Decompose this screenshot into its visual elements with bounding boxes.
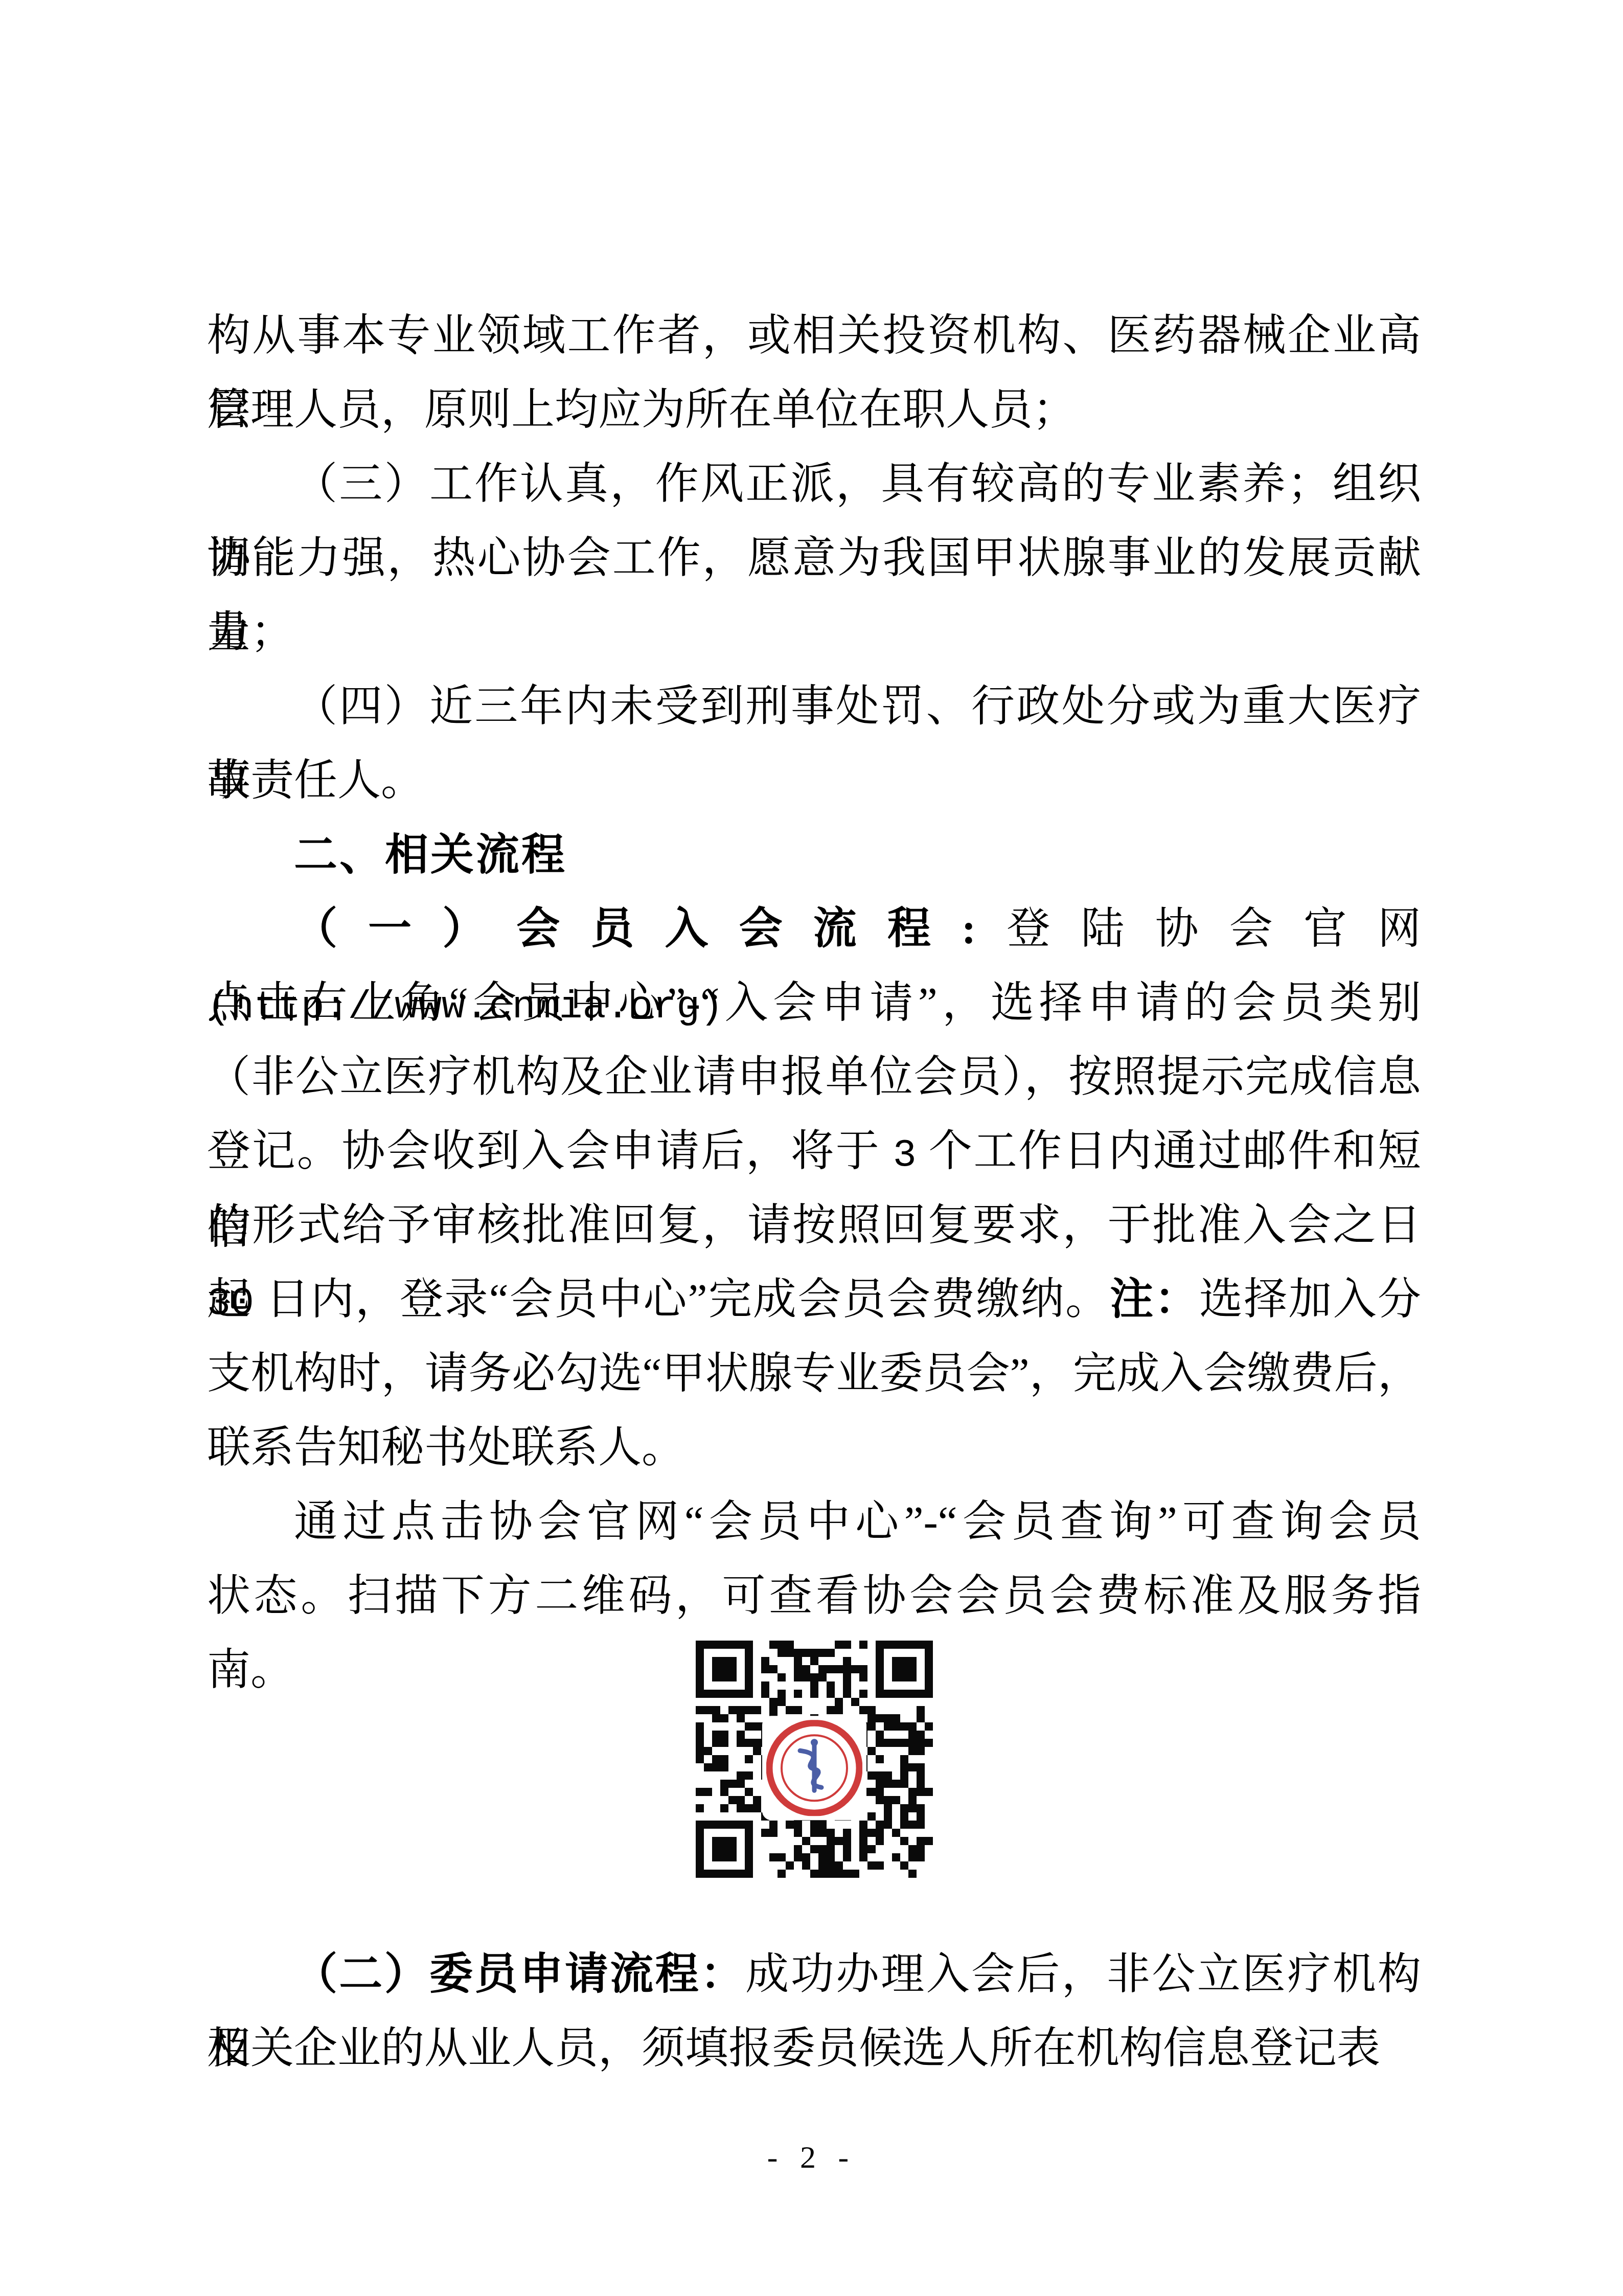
association-logo: [762, 1716, 866, 1820]
doc-line: 30 日内，登录“会员中心”完成会员会费缴纳。注：选择加入分: [207, 1263, 1421, 1337]
document-page: 构从事本专业领域工作者，或相关投资机构、医药器械企业高层管理人员，原则上均应为所…: [0, 0, 1623, 2296]
text-run: 相关企业的从业人员，须填报委员候选人所在机构信息登记表: [207, 2025, 1380, 2073]
paragraph-lines: 构从事本专业领域工作者，或相关投资机构、医药器械企业高层管理人员，原则上均应为所…: [207, 299, 1421, 1633]
doc-line: 支机构时，请务必勾选“甲状腺专业委员会”，完成入会缴费后，: [207, 1337, 1421, 1411]
doc-line: 量；: [207, 596, 1421, 670]
doc-line: 的形式给予审核批准回复，请按照回复要求，于批准入会之日起: [207, 1189, 1421, 1263]
text-run: （非公立医疗机构及企业请申报单位会员），按照提示完成信息: [207, 1053, 1421, 1101]
text-run: 3: [893, 1133, 917, 1177]
text-run: （一）会员入会流程:: [294, 905, 976, 953]
association-emblem-icon: [766, 1720, 862, 1816]
text-run: 点击右上角“会员中心”-“入会申请”，选择申请的会员类别: [207, 979, 1421, 1027]
document-body: 构从事本专业领域工作者，或相关投资机构、医药器械企业高层管理人员，原则上均应为所…: [207, 299, 1421, 2086]
text-run: 注：: [1110, 1276, 1199, 1324]
text-run: 选择加入分: [1199, 1276, 1421, 1324]
text-run: （二）委员申请流程：: [294, 1950, 745, 1998]
text-run: 通过点击协会官网“会员中心”-“会员查询”可查询会员: [294, 1498, 1421, 1546]
doc-line: 管理人员，原则上均应为所在单位在职人员；: [207, 373, 1421, 447]
doc-line: （四）近三年内未受到刑事处罚、行政处分或为重大医疗事: [207, 670, 1421, 744]
doc-line: 构从事本专业领域工作者，或相关投资机构、医药器械企业高层: [207, 299, 1421, 373]
doc-line: 通过点击协会官网“会员中心”-“会员查询”可查询会员: [207, 1485, 1421, 1559]
doc-line: 点击右上角“会员中心”-“入会申请”，选择申请的会员类别: [207, 966, 1421, 1040]
page-number: - 2 -: [0, 2140, 1623, 2176]
doc-line: 相关企业的从业人员，须填报委员候选人所在机构信息登记表: [207, 2012, 1421, 2086]
text-run: 登陆协会官网: [976, 905, 1421, 953]
doc-line: 状态。扫描下方二维码，可查看协会会员会费标准及服务指南。: [207, 1559, 1421, 1633]
doc-line: （一）会员入会流程:登陆协会官网(http://www.cnmia.org): [207, 892, 1421, 966]
text-run: 联系告知秘书处联系人。: [207, 1424, 685, 1472]
doc-line: （非公立医疗机构及企业请申报单位会员），按照提示完成信息: [207, 1040, 1421, 1115]
text-run: 30: [207, 1281, 254, 1326]
qr-code: [696, 1633, 933, 1888]
qr-section: [207, 1633, 1421, 1889]
text-run: 支机构时，请务必勾选“甲状腺专业委员会”，完成入会缴费后，: [207, 1350, 1421, 1398]
text-run: 二、相关流程: [294, 831, 567, 879]
doc-line: 调能力强，热心协会工作，愿意为我国甲状腺事业的发展贡献力: [207, 521, 1421, 596]
text-run: 管理人员，原则上均应为所在单位在职人员；: [207, 386, 1076, 434]
doc-line: 故责任人。: [207, 744, 1421, 818]
doc-line: 联系告知秘书处联系人。: [207, 1411, 1421, 1485]
doc-line: （二）委员申请流程：成功办理入会后，非公立医疗机构及: [207, 1938, 1421, 2012]
text-run: 日内，登录“会员中心”完成会员会费缴纳。: [254, 1276, 1110, 1324]
paragraph-lines: （二）委员申请流程：成功办理入会后，非公立医疗机构及相关企业的从业人员，须填报委…: [207, 1938, 1421, 2086]
doc-line: （三）工作认真，作风正派，具有较高的专业素养；组织协: [207, 447, 1421, 521]
section-heading: 二、相关流程: [207, 818, 1421, 892]
doc-line: 登记。协会收到入会申请后，将于 3 个工作日内通过邮件和短信: [207, 1115, 1421, 1189]
text-run: 故责任人。: [207, 757, 424, 805]
text-run: 量；: [207, 608, 294, 656]
text-run: 登记。协会收到入会申请后，将于: [207, 1127, 893, 1175]
